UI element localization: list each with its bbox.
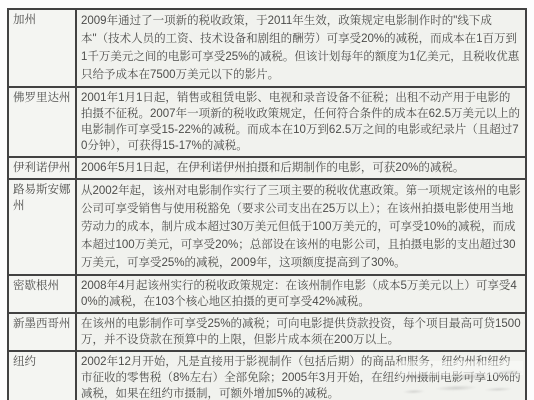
policy-cell: 2009年通过了一项新的税收政策，于2011年生效，政策规定电影制作时的"线下成… bbox=[76, 9, 526, 87]
state-cell: 佛罗里达州 bbox=[8, 87, 76, 157]
table-row: 密歇根州 2008年4月起该州实行的税收政策规定：在该州制作电影（成本5万美元以… bbox=[8, 275, 526, 313]
table-row: 伊利诺伊州 2006年5月1日起，在伊利诺伊州拍摄和后期制作的电影，可获20%的… bbox=[8, 157, 526, 179]
policy-cell: 2001年1月1日起，销售或租赁电影、电视和录音设备不征税；出租不动产用于电影的… bbox=[76, 87, 526, 157]
policy-cell: 在该州的电影制作可享受25%的减税；可向电影提供贷款投资，每个项目最高可贷150… bbox=[76, 313, 526, 351]
state-cell: 密歇根州 bbox=[8, 275, 76, 313]
table-row: 路易斯安娜州 从2002年起，该州对电影制作实行了三项主要的税收优惠政策。第一项… bbox=[8, 179, 526, 275]
state-cell: 新墨西哥州 bbox=[8, 313, 76, 351]
policy-cell: 2008年4月起该州实行的税收政策规定：在该州制作电影（成本5万美元以上）可享受… bbox=[76, 275, 526, 313]
policy-cell: 从2002年起，该州对电影制作实行了三项主要的税收优惠政策。第一项规定该州的电影… bbox=[76, 179, 526, 275]
table-row: 新墨西哥州 在该州的电影制作可享受25%的减税；可向电影提供贷款投资，每个项目最… bbox=[8, 313, 526, 351]
state-cell: 纽约 bbox=[8, 351, 76, 400]
table-row: 佛罗里达州 2001年1月1日起，销售或租赁电影、电视和录音设备不征税；出租不动… bbox=[8, 87, 526, 157]
tax-policy-table-body: 加州 2009年通过了一项新的税收政策，于2011年生效，政策规定电影制作时的"… bbox=[8, 9, 526, 400]
table-row: 加州 2009年通过了一项新的税收政策，于2011年生效，政策规定电影制作时的"… bbox=[8, 9, 526, 87]
tax-policy-table: 加州 2009年通过了一项新的税收政策，于2011年生效，政策规定电影制作时的"… bbox=[7, 8, 527, 400]
state-cell: 伊利诺伊州 bbox=[8, 157, 76, 179]
table-row: 纽约 2002年12月开始，凡是直接用于影视制作（包括后期）的商品和服务，纽约州… bbox=[8, 351, 526, 400]
state-cell: 加州 bbox=[8, 9, 76, 87]
policy-cell: 2006年5月1日起，在伊利诺伊州拍摄和后期制作的电影，可获20%的减税。 bbox=[76, 157, 526, 179]
policy-cell: 2002年12月开始，凡是直接用于影视制作（包括后期）的商品和服务，纽约州和纽约… bbox=[76, 351, 526, 400]
state-cell: 路易斯安娜州 bbox=[8, 179, 76, 275]
